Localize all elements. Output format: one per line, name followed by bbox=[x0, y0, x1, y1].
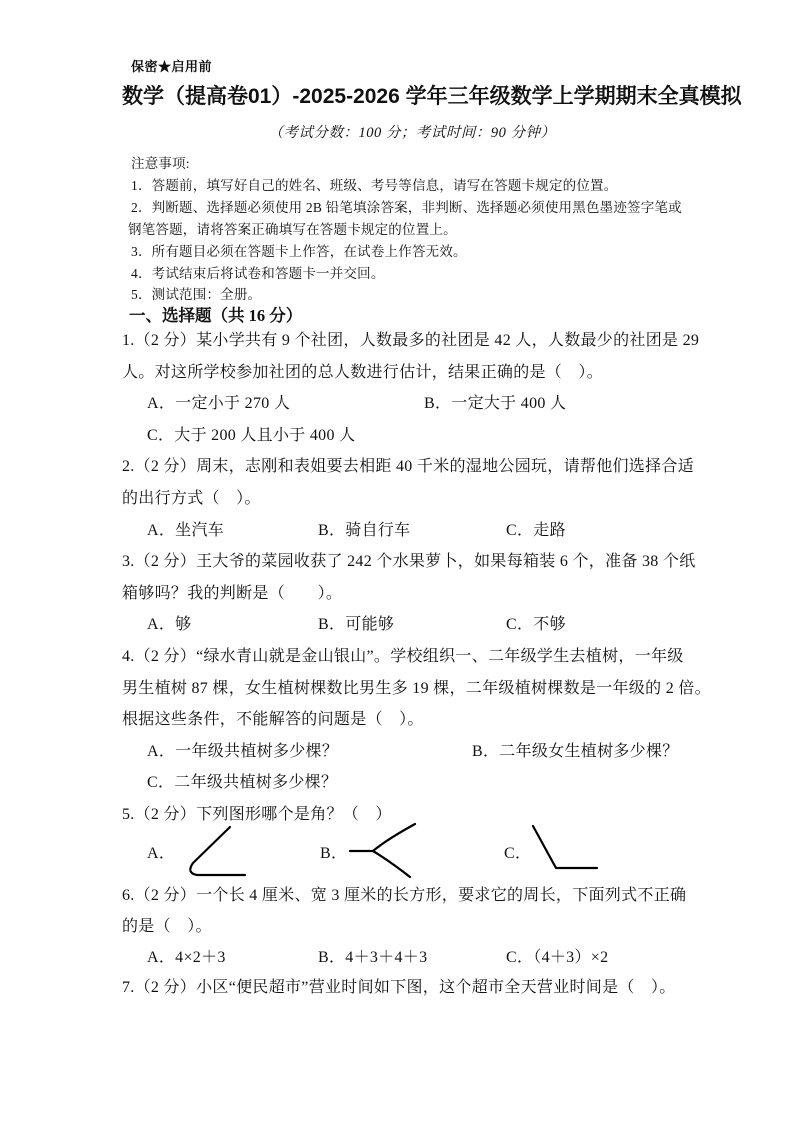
option-label: A． bbox=[147, 844, 175, 864]
note-line: 钢笔答题，请将答案正确填写在答题卡规定的位置上。 bbox=[128, 222, 793, 238]
question-line: 根据这些条件，不能解答的问题是（ ）。 bbox=[122, 710, 793, 730]
option-label: C．大于 200 人且小于 400 人 bbox=[147, 426, 355, 446]
note-line: 2．判断题、选择题必须使用 2B 铅笔填涂答案，非判断、选择题必须使用黑色墨迹签… bbox=[131, 200, 793, 216]
question-line: 7.（2 分）小区“便民超市”营业时间如下图，这个超市全天营业时间是（ ）。 bbox=[122, 978, 793, 998]
option-label: B．一定大于 400 人 bbox=[424, 394, 566, 414]
option-label: B．二年级女生植树多少棵？ bbox=[472, 742, 679, 762]
question-line: 2.（2 分）周末，志刚和表姐要去相距 40 千米的湿地公园玩，请帮他们选择合适 bbox=[122, 457, 793, 477]
question-line: 3.（2 分）王大爷的菜园收获了 242 个水果萝卜，如果每箱装 6 个，准备 … bbox=[122, 552, 793, 572]
section-heading: 一、选择题（共 16 分） bbox=[129, 306, 793, 326]
two-curved-rays-figure bbox=[344, 816, 422, 880]
note-line: 1．答题前，填写好自己的姓名、班级、考号等信息，请写在答题卡规定的位置。 bbox=[131, 178, 793, 194]
note-line: 5．测试范围：全册。 bbox=[131, 287, 793, 303]
option-label: B．4＋3＋4＋3 bbox=[318, 948, 427, 968]
exam-title: 数学（提高卷01）-2025-2026 学年三年级数学上学期期末全真模拟 bbox=[122, 84, 702, 109]
notes-heading: 注意事项: bbox=[131, 156, 793, 172]
option-row: C．大于 200 人且小于 400 人 bbox=[0, 426, 793, 486]
exam-info: （考试分数：100 分；考试时间：90 分钟） bbox=[122, 125, 702, 142]
straight-angle-figure bbox=[524, 820, 600, 874]
angle-with-curved-vertex-figure bbox=[183, 820, 247, 880]
note-line: 4．考试结束后将试卷和答题卡一并交回。 bbox=[131, 266, 793, 282]
secrecy-label: 保密★启用前 bbox=[131, 59, 793, 75]
option-label: A．一定小于 270 人 bbox=[147, 394, 290, 414]
option-label: A．够 bbox=[147, 615, 191, 635]
question-line: 男生植树 87 棵，女生植树棵数比男生多 19 棵，二年级植树棵数是一年级的 2… bbox=[122, 679, 793, 699]
option-label: A．4×2＋3 bbox=[147, 948, 226, 968]
question-line: 1.（2 分）某小学共有 9 个社团，人数最多的社团是 42 人，人数最少的社团… bbox=[122, 331, 793, 351]
option-row: A．4×2＋3 B．4＋3＋4＋3 C．（4＋3）×2 bbox=[0, 948, 793, 1048]
option-label: A．一年级共植树多少棵？ bbox=[147, 742, 338, 762]
option-label: B．可能够 bbox=[318, 615, 394, 635]
question-line: 的出行方式（ ）。 bbox=[122, 489, 793, 509]
question-line: 人。对这所学校参加社团的总人数进行估计，结果正确的是（ ）。 bbox=[122, 363, 793, 383]
note-line: 3．所有题目必须在答题卡上作答，在试卷上作答无效。 bbox=[131, 244, 793, 260]
exam-paper-page: 保密★启用前 数学（提高卷01）-2025-2026 学年三年级数学上学期期末全… bbox=[0, 0, 793, 1122]
option-label: C．走路 bbox=[506, 521, 566, 541]
question-line: 的是（ ）。 bbox=[122, 917, 793, 937]
option-label: C．二年级共植树多少棵？ bbox=[147, 773, 337, 793]
question-line: 6.（2 分）一个长 4 厘米、宽 3 厘米的长方形，要求它的周长，下面列式不正… bbox=[122, 886, 793, 906]
option-label: A．坐汽车 bbox=[147, 521, 224, 541]
question-line: 箱够吗？我的判断是（ ）。 bbox=[122, 584, 793, 604]
option-label: B．骑自行车 bbox=[318, 521, 410, 541]
option-label: C．不够 bbox=[506, 615, 566, 635]
option-label: C．（4＋3）×2 bbox=[506, 948, 608, 968]
question-line: 4.（2 分）“绿水青山就是金山银山”。学校组织一、二年级学生去植树，一年级 bbox=[122, 647, 793, 667]
